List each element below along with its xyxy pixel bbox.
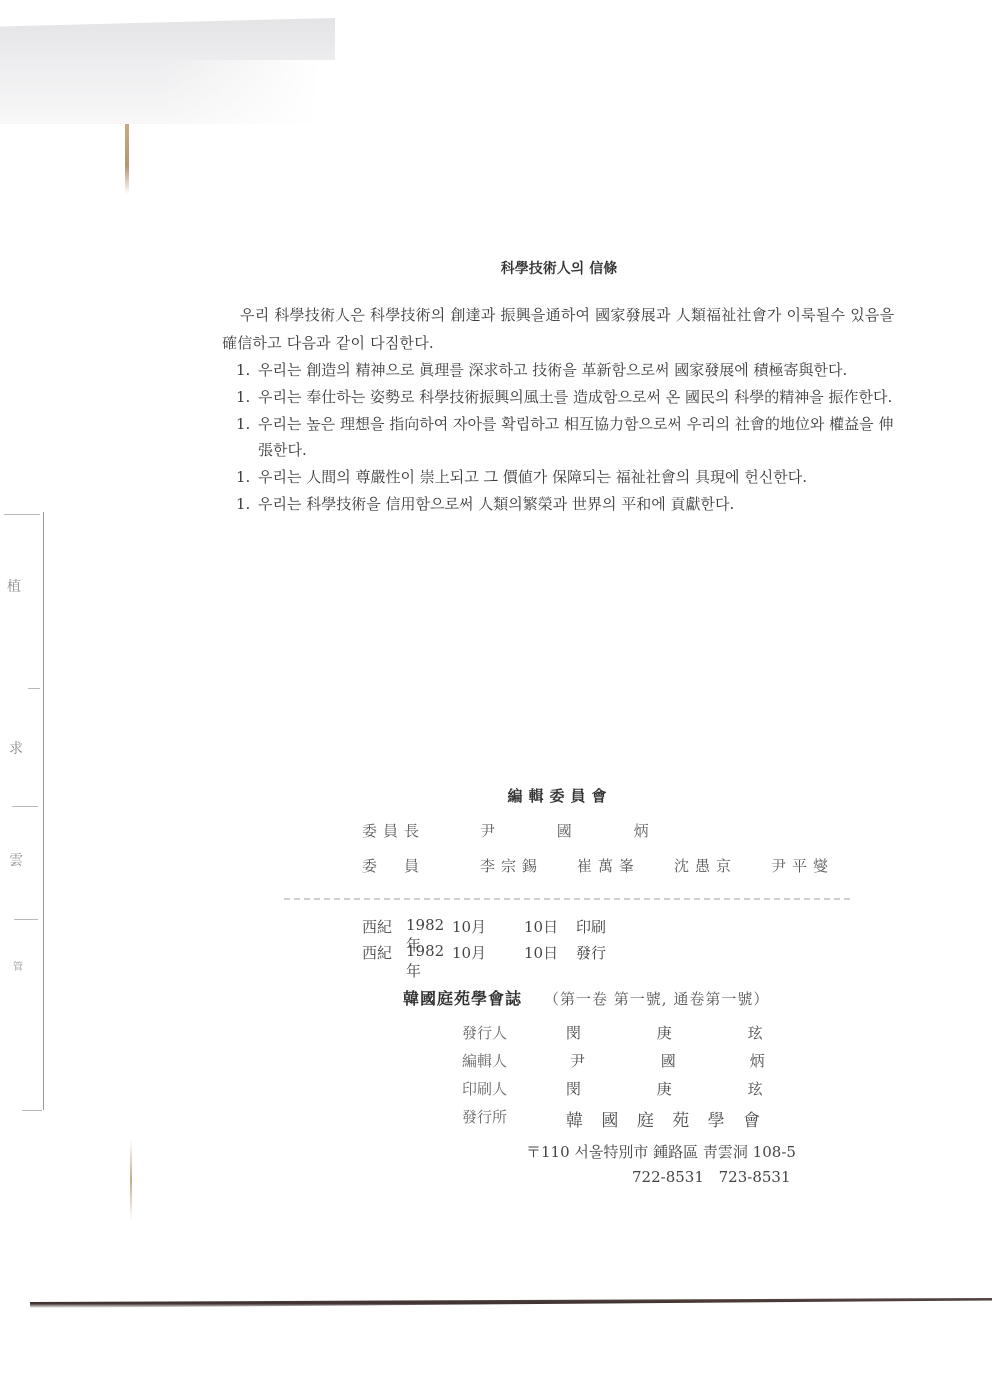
margin-rule: [28, 688, 40, 689]
margin-rule: [12, 806, 38, 807]
binding-stain: [130, 1140, 132, 1220]
margin-rule: [4, 514, 40, 515]
margin-fragment: 管: [6, 958, 30, 973]
address: 〒110 서울特別市 鍾路區 靑雲洞 108-5: [526, 1141, 796, 1162]
member-name: 崔萬峯: [577, 855, 640, 876]
name-char: 會: [743, 1106, 760, 1131]
name-char: 閔: [566, 1078, 652, 1099]
editor-row: 編輯人 尹 國 炳: [462, 1050, 765, 1071]
date-year: 1982年: [406, 942, 452, 981]
margin-fragment: 求: [4, 738, 28, 758]
item-text: 우리는 높은 理想을 指向하여 자아를 확립하고 相互協力함으로써 우리의 社會…: [258, 415, 893, 459]
name-char: 炳: [634, 820, 649, 841]
committee-title: 編輯委員會: [0, 785, 1000, 806]
journal-title: 韓國庭苑學會誌: [403, 986, 522, 1009]
publisher-row: 發行人 閔 庚 玹: [462, 1022, 763, 1043]
name-char: 苑: [672, 1106, 702, 1131]
margin-fragment: 雲: [4, 850, 28, 870]
creed-list: 1.우리는 創造의 精神으로 眞理를 深求하고 技術을 革新함으로써 國家發展에…: [236, 357, 904, 518]
creed-item: 1.우리는 人間의 尊嚴性이 崇上되고 그 價値가 保障되는 福祉社會의 具現에…: [236, 464, 904, 490]
dashed-divider: [284, 898, 850, 900]
journal-volume: （第一卷 第一號, 通卷第一號）: [544, 988, 769, 1009]
pub-label: 印刷人: [462, 1078, 566, 1099]
name-char: 國: [601, 1106, 631, 1131]
member-name: 李宗錫: [480, 855, 543, 876]
pub-label: 編輯人: [462, 1050, 566, 1071]
binding-stain: [125, 124, 129, 194]
date-day: 10日: [524, 942, 576, 981]
member-name: 沈愚京: [674, 855, 737, 876]
name-char: 庚: [657, 1022, 743, 1043]
pub-name: 閔 庚 玹: [566, 1078, 763, 1099]
name-char: 韓: [566, 1106, 596, 1131]
name-char: 玹: [748, 1078, 763, 1099]
creed-item: 1.우리는 높은 理想을 指向하여 자아를 확립하고 相互協力함으로써 우리의 …: [236, 411, 904, 463]
publish-date-row: 西紀 1982年 10月 10日 發行: [362, 942, 606, 981]
chair-label: 委員長: [362, 820, 480, 841]
facing-page-edge: [43, 512, 44, 1110]
members-row: 委 員 李宗錫 崔萬峯 沈愚京 尹平燮: [362, 855, 834, 876]
creed-item: 1.우리는 科學技術을 信用함으로써 人類의繁榮과 世界의 平和에 貢獻한다.: [236, 491, 904, 517]
creed-intro: 우리 科學技術人은 科學技術의 創達과 振興을通하여 國家發展과 人類福祉社會가…: [222, 301, 912, 357]
item-number: 1.: [236, 411, 258, 437]
printer-row: 印刷人 閔 庚 玹: [462, 1078, 763, 1099]
name-char: 玹: [748, 1022, 763, 1043]
page-bottom-edge: [30, 1298, 992, 1308]
margin-rule: [14, 919, 38, 920]
name-char: 庚: [657, 1078, 743, 1099]
name-char: 國: [557, 820, 629, 841]
name-char: 炳: [750, 1050, 765, 1071]
publishing-house-row: 發行所 韓 國 庭 苑 學 會: [462, 1106, 760, 1131]
pub-name: 韓 國 庭 苑 學 會: [566, 1106, 760, 1131]
chair-row: 委員長 尹 國 炳: [362, 820, 649, 841]
phone-numbers: 722-8531 723-8531: [632, 1168, 791, 1186]
item-number: 1.: [236, 384, 258, 410]
pub-name: 尹 國 炳: [570, 1050, 765, 1071]
member-name: 尹平燮: [771, 855, 834, 876]
item-number: 1.: [236, 464, 258, 490]
scan-shadow-fade: [160, 60, 360, 130]
item-number: 1.: [236, 357, 258, 383]
pub-label: 發行所: [462, 1106, 566, 1131]
name-char: 尹: [480, 820, 552, 841]
chair-name: 尹 國 炳: [480, 820, 649, 841]
pub-label: 發行人: [462, 1022, 566, 1043]
item-text: 우리는 人間의 尊嚴性이 崇上되고 그 價値가 保障되는 福祉社會의 具現에 헌…: [258, 468, 807, 486]
item-number: 1.: [236, 491, 258, 517]
creed-item: 1.우리는 創造의 精神으로 眞理를 深求하고 技術을 革新함으로써 國家發展에…: [236, 357, 904, 383]
name-char: 尹: [570, 1050, 656, 1071]
margin-fragment: 植: [2, 576, 26, 596]
date-era: 西紀: [362, 942, 406, 981]
date-event: 發行: [576, 942, 606, 981]
item-text: 우리는 科學技術을 信用함으로써 人類의繁榮과 世界의 平和에 貢獻한다.: [258, 495, 734, 513]
journal-heading: 韓國庭苑學會誌 （第一卷 第一號, 通卷第一號）: [403, 986, 769, 1009]
creed-item: 1.우리는 奉仕하는 姿勢로 科學技術振興의風土를 造成함으로써 온 國民의 科…: [236, 384, 904, 410]
item-text: 우리는 奉仕하는 姿勢로 科學技術振興의風土를 造成함으로써 온 國民의 科學的…: [258, 388, 892, 406]
creed-title: 科學技術人의 信條: [0, 258, 1000, 278]
pub-name: 閔 庚 玹: [566, 1022, 763, 1043]
members-label: 委 員: [362, 855, 480, 876]
item-text: 우리는 創造의 精神으로 眞理를 深求하고 技術을 革新함으로써 國家發展에 積…: [258, 361, 847, 379]
name-char: 國: [661, 1050, 745, 1071]
name-char: 庭: [637, 1106, 667, 1131]
name-char: 學: [708, 1106, 738, 1131]
name-char: 閔: [566, 1022, 652, 1043]
date-month: 10月: [452, 942, 524, 981]
margin-rule: [22, 1110, 42, 1111]
